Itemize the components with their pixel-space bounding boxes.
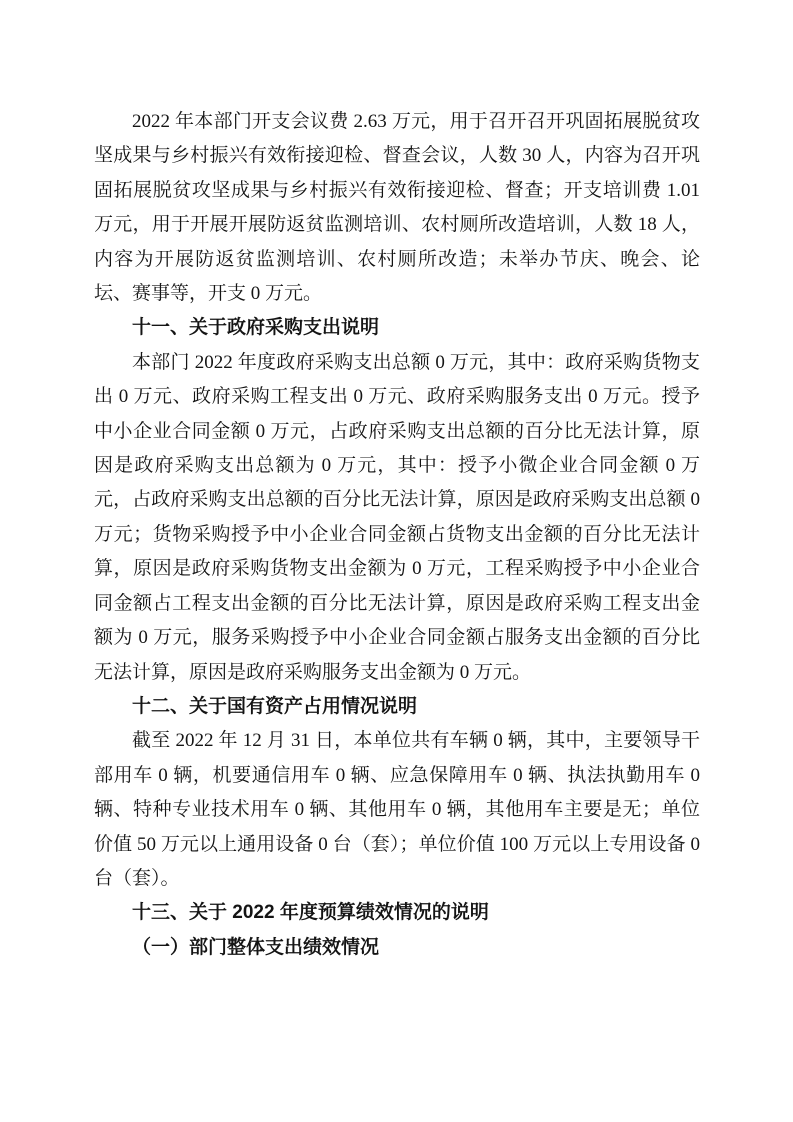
paragraph-conference-training-expense: 2022 年本部门开支会议费 2.63 万元，用于召开召开巩固拓展脱贫攻坚成果与… — [94, 105, 700, 311]
heading-section-11-government-procurement: 十一、关于政府采购支出说明 — [94, 311, 700, 345]
paragraph-state-owned-assets-detail: 截至 2022 年 12 月 31 日，本单位共有车辆 0 辆，其中，主要领导干… — [94, 724, 700, 896]
heading-section-12-state-owned-assets: 十二、关于国有资产占用情况说明 — [94, 690, 700, 724]
paragraph-government-procurement-detail: 本部门 2022 年度政府采购支出总额 0 万元，其中：政府采购货物支出 0 万… — [94, 346, 700, 690]
document-page: 2022 年本部门开支会议费 2.63 万元，用于召开召开巩固拓展脱贫攻坚成果与… — [0, 0, 793, 1122]
heading-section-13-budget-performance: 十三、关于 2022 年度预算绩效情况的说明 — [94, 896, 700, 930]
subheading-department-overall-expenditure-performance: （一）部门整体支出绩效情况 — [94, 931, 700, 965]
